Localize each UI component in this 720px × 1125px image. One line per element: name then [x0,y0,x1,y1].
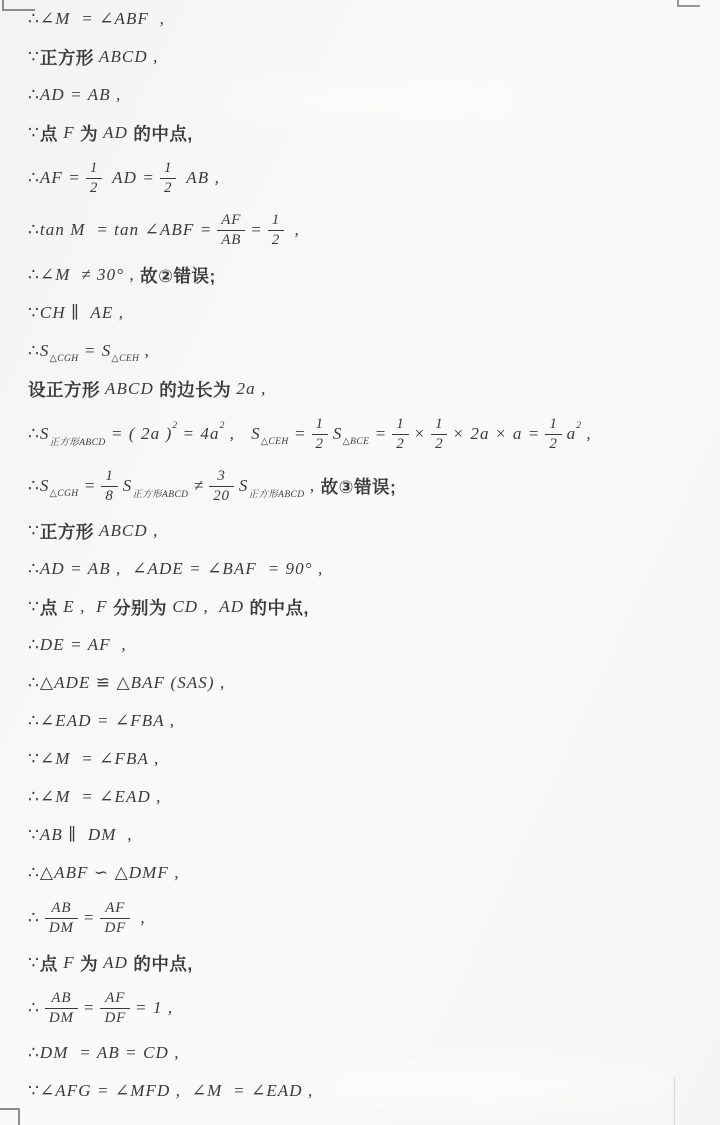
proof-line: ∴ABDM=AFDF , [28,892,720,944]
math-text-run: S [333,424,343,444]
math-text-run: ∴S [28,341,50,361]
fraction-denominator: 2 [431,434,447,453]
fraction: ABDM [45,990,78,1027]
proof-line: ∴S△CGH = S△CEH , [28,332,720,370]
proof-line: ∵正方形 ABCD , [28,38,720,76]
fraction-numerator: 3 [213,468,229,486]
proof-line: ∵点 F 为 AD 的中点, [28,114,720,152]
cjk-text-run: 为 [80,951,98,976]
proof-line: ∴DE = AF , [28,626,720,664]
math-text-run: ∴∠M ≠ 30° , [28,265,135,285]
math-text-run: 正方形ABCD [248,486,304,500]
math-text-run: ∵∠AFG = ∠MFD , ∠M = ∠EAD , [28,1081,313,1101]
fraction-numerator: AF [101,990,129,1008]
math-text-run: S [123,476,133,496]
math-text-run: ∵AB ∥ DM , [28,825,133,845]
fraction-denominator: DM [45,918,78,937]
cjk-text-run: 故②错误; [135,263,216,288]
fraction-denominator: 20 [209,486,234,505]
fraction: AFAB [217,212,245,249]
proof-line: ∴DM = AB = CD , [28,1034,720,1072]
proof-line: ∴∠M = ∠EAD , [28,778,720,816]
math-text-run: △CEH [261,436,289,447]
math-text-run: = [83,908,96,928]
math-text-run: AD [98,953,133,973]
math-text-run: 正方形ABCD [132,486,188,500]
fraction-denominator: DF [100,1008,130,1027]
proof-line: ∴∠M = ∠ABF , [28,0,720,38]
fraction-numerator: 1 [392,416,408,434]
cjk-text-run: 的中点, [249,595,308,620]
math-text-run: ∴∠M = ∠EAD , [28,787,162,807]
fraction: AFDF [100,990,130,1027]
math-text-run: = [250,220,263,240]
math-text-run: CD , AD [167,597,249,617]
fraction: ABDM [45,900,78,937]
math-text-run: , [289,220,300,240]
fraction: 18 [101,468,117,505]
proof-line: ∴AD = AB , [28,76,720,114]
proof-line: ∴△ABF ∽ △DMF , [28,854,720,892]
math-text-run: ∴AF = [28,168,81,188]
math-text-run: ∴AD = AB , ∠ADE = ∠BAF = 90° , [28,559,323,579]
fraction-numerator: 1 [312,416,328,434]
fraction-denominator: 2 [86,178,102,197]
fraction-denominator: DF [100,918,130,937]
math-text-run: △CGH [50,488,79,499]
math-text-run: ABCD , [94,521,159,541]
math-text-run: = [79,476,97,496]
fraction-numerator: 1 [545,416,561,434]
math-text-run: = ( 2a ) [106,424,173,444]
math-text-run: 正方形ABCD [50,434,106,448]
math-text-run: ≠ [188,476,204,496]
math-text-run: ∴S [28,476,50,496]
math-text-run: ∴ [28,908,40,928]
math-text-run: ∴tan M = tan ∠ABF = [28,220,212,240]
math-text-run: ∵∠M = ∠FBA , [28,749,159,769]
math-text-run: = [369,424,387,444]
proof-line: ∵∠M = ∠FBA , [28,740,720,778]
cjk-text-run: 故③错误; [315,474,396,499]
proof-line: 设正方形 ABCD 的边长为 2a , [28,370,720,408]
photographed-answer-sheet: ∴∠M = ∠ABF ,∵正方形 ABCD ,∴AD = AB ,∵点 F 为 … [0,0,720,1125]
math-text-run: AD = [107,168,155,188]
math-text-run: a [567,424,577,444]
cjk-text-run: 正方形 [40,519,94,544]
fraction-numerator: AB [47,990,75,1008]
math-text-run: ∴AD = AB , [28,85,121,105]
math-text-run: ∴∠M = ∠ABF , [28,9,165,29]
math-text-run: , [581,424,592,444]
math-text-run: , S [224,424,260,444]
cjk-text-run: 设正方形 [28,377,100,402]
proof-line: ∴S正方形ABCD = ( 2a )2 = 4a2 , S△CEH =12S△B… [28,408,720,460]
proof-line: ∴AD = AB , ∠ADE = ∠BAF = 90° , [28,550,720,588]
fraction-numerator: 1 [268,212,284,230]
math-text-run: F [58,953,80,973]
fraction-denominator: 2 [312,434,328,453]
proof-line: ∴△ADE ≌ △BAF (SAS) , [28,664,720,702]
cjk-text-run: 为 [80,121,98,146]
fraction-denominator: AB [217,230,245,249]
math-text-run: △CGH [50,353,79,364]
fraction-denominator: 2 [268,230,284,249]
fraction: 12 [312,416,328,453]
math-text-run: × 2a × a = [452,424,540,444]
math-text-run: = [83,998,96,1018]
math-text-run: ∵ [28,123,40,143]
fraction-numerator: AF [217,212,245,230]
math-text-run: ∵ [28,597,40,617]
math-text-run: = [289,424,307,444]
proof-line: ∴AF =12 AD =12 AB , [28,152,720,204]
fraction-denominator: 2 [392,434,408,453]
cjk-text-run: 的边长为 [159,377,231,402]
math-text-run: S [239,476,249,496]
math-text-run: 2 [576,421,581,431]
proof-line: ∴ABDM=AFDF= 1 , [28,982,720,1034]
proof-lines: ∴∠M = ∠ABF ,∵正方形 ABCD ,∴AD = AB ,∵点 F 为 … [0,0,720,1110]
proof-line: ∵点 F 为 AD 的中点, [28,944,720,982]
fraction: 320 [209,468,234,505]
fraction-denominator: 2 [545,434,561,453]
math-text-run: ∴DE = AF , [28,635,127,655]
math-text-run: = 4a [177,424,219,444]
math-text-run: = 1 , [135,998,173,1018]
math-text-run: , [305,476,316,496]
math-text-run: 2a , [231,379,266,399]
math-text-run: ∵ [28,521,40,541]
math-text-run: ∴S [28,424,50,444]
proof-line: ∵∠AFG = ∠MFD , ∠M = ∠EAD , [28,1072,720,1110]
cjk-text-run: 的中点, [133,951,192,976]
fraction-numerator: 1 [160,160,176,178]
math-text-run: × [414,424,427,444]
math-text-run: ABCD , [94,47,159,67]
math-text-run: ∴DM = AB = CD , [28,1043,180,1063]
fraction-denominator: 2 [160,178,176,197]
proof-line: ∵正方形 ABCD , [28,512,720,550]
cjk-text-run: 的中点, [133,121,192,146]
math-text-run: ABCD [100,379,159,399]
proof-line: ∴∠EAD = ∠FBA , [28,702,720,740]
math-text-run: ∴ [28,998,40,1018]
math-text-run: E , F [58,597,113,617]
math-text-run: ∴∠EAD = ∠FBA , [28,711,175,731]
math-text-run: 2 [172,421,177,431]
math-text-run: ∵CH ∥ AE , [28,303,124,323]
fraction-denominator: 8 [101,486,117,505]
proof-line: ∴S△CGH =18S正方形ABCD ≠320S正方形ABCD , 故③错误; [28,460,720,512]
proof-line: ∴tan M = tan ∠ABF =AFAB=12 , [28,204,720,256]
math-text-run: , [139,341,150,361]
fraction: 12 [86,160,102,197]
fraction-numerator: AF [101,900,129,918]
proof-line: ∴∠M ≠ 30° , 故②错误; [28,256,720,294]
frame-corner-bottom-left [0,1108,20,1125]
math-text-run: ∵ [28,953,40,973]
math-text-run: △CEH [111,353,139,364]
fraction-numerator: 1 [431,416,447,434]
math-text-run: , [135,908,146,928]
math-text-run: AD [98,123,133,143]
proof-line: ∵点 E , F 分别为 CD , AD 的中点, [28,588,720,626]
fraction-numerator: 1 [101,468,117,486]
fraction-numerator: 1 [86,160,102,178]
math-text-run: = S [79,341,112,361]
math-text-run: F [58,123,80,143]
cjk-text-run: 点 [40,595,58,620]
cjk-text-run: 分别为 [113,595,167,620]
fraction: 12 [160,160,176,197]
fraction: 12 [545,416,561,453]
math-text-run: ∵ [28,47,40,67]
fraction-numerator: AB [47,900,75,918]
math-text-run: ∴△ABF ∽ △DMF , [28,863,180,883]
fraction-denominator: DM [45,1008,78,1027]
math-text-run: ∴△ADE ≌ △BAF (SAS) , [28,673,225,693]
fraction: 12 [268,212,284,249]
math-text-run: 2 [220,421,225,431]
math-text-run: AB , [181,168,220,188]
fraction: 12 [431,416,447,453]
cjk-text-run: 点 [40,121,58,146]
proof-line: ∵AB ∥ DM , [28,816,720,854]
cjk-text-run: 正方形 [40,45,94,70]
fraction: AFDF [100,900,130,937]
fraction: 12 [392,416,408,453]
cjk-text-run: 点 [40,951,58,976]
proof-line: ∵CH ∥ AE , [28,294,720,332]
math-text-run: △BCE [342,436,369,447]
